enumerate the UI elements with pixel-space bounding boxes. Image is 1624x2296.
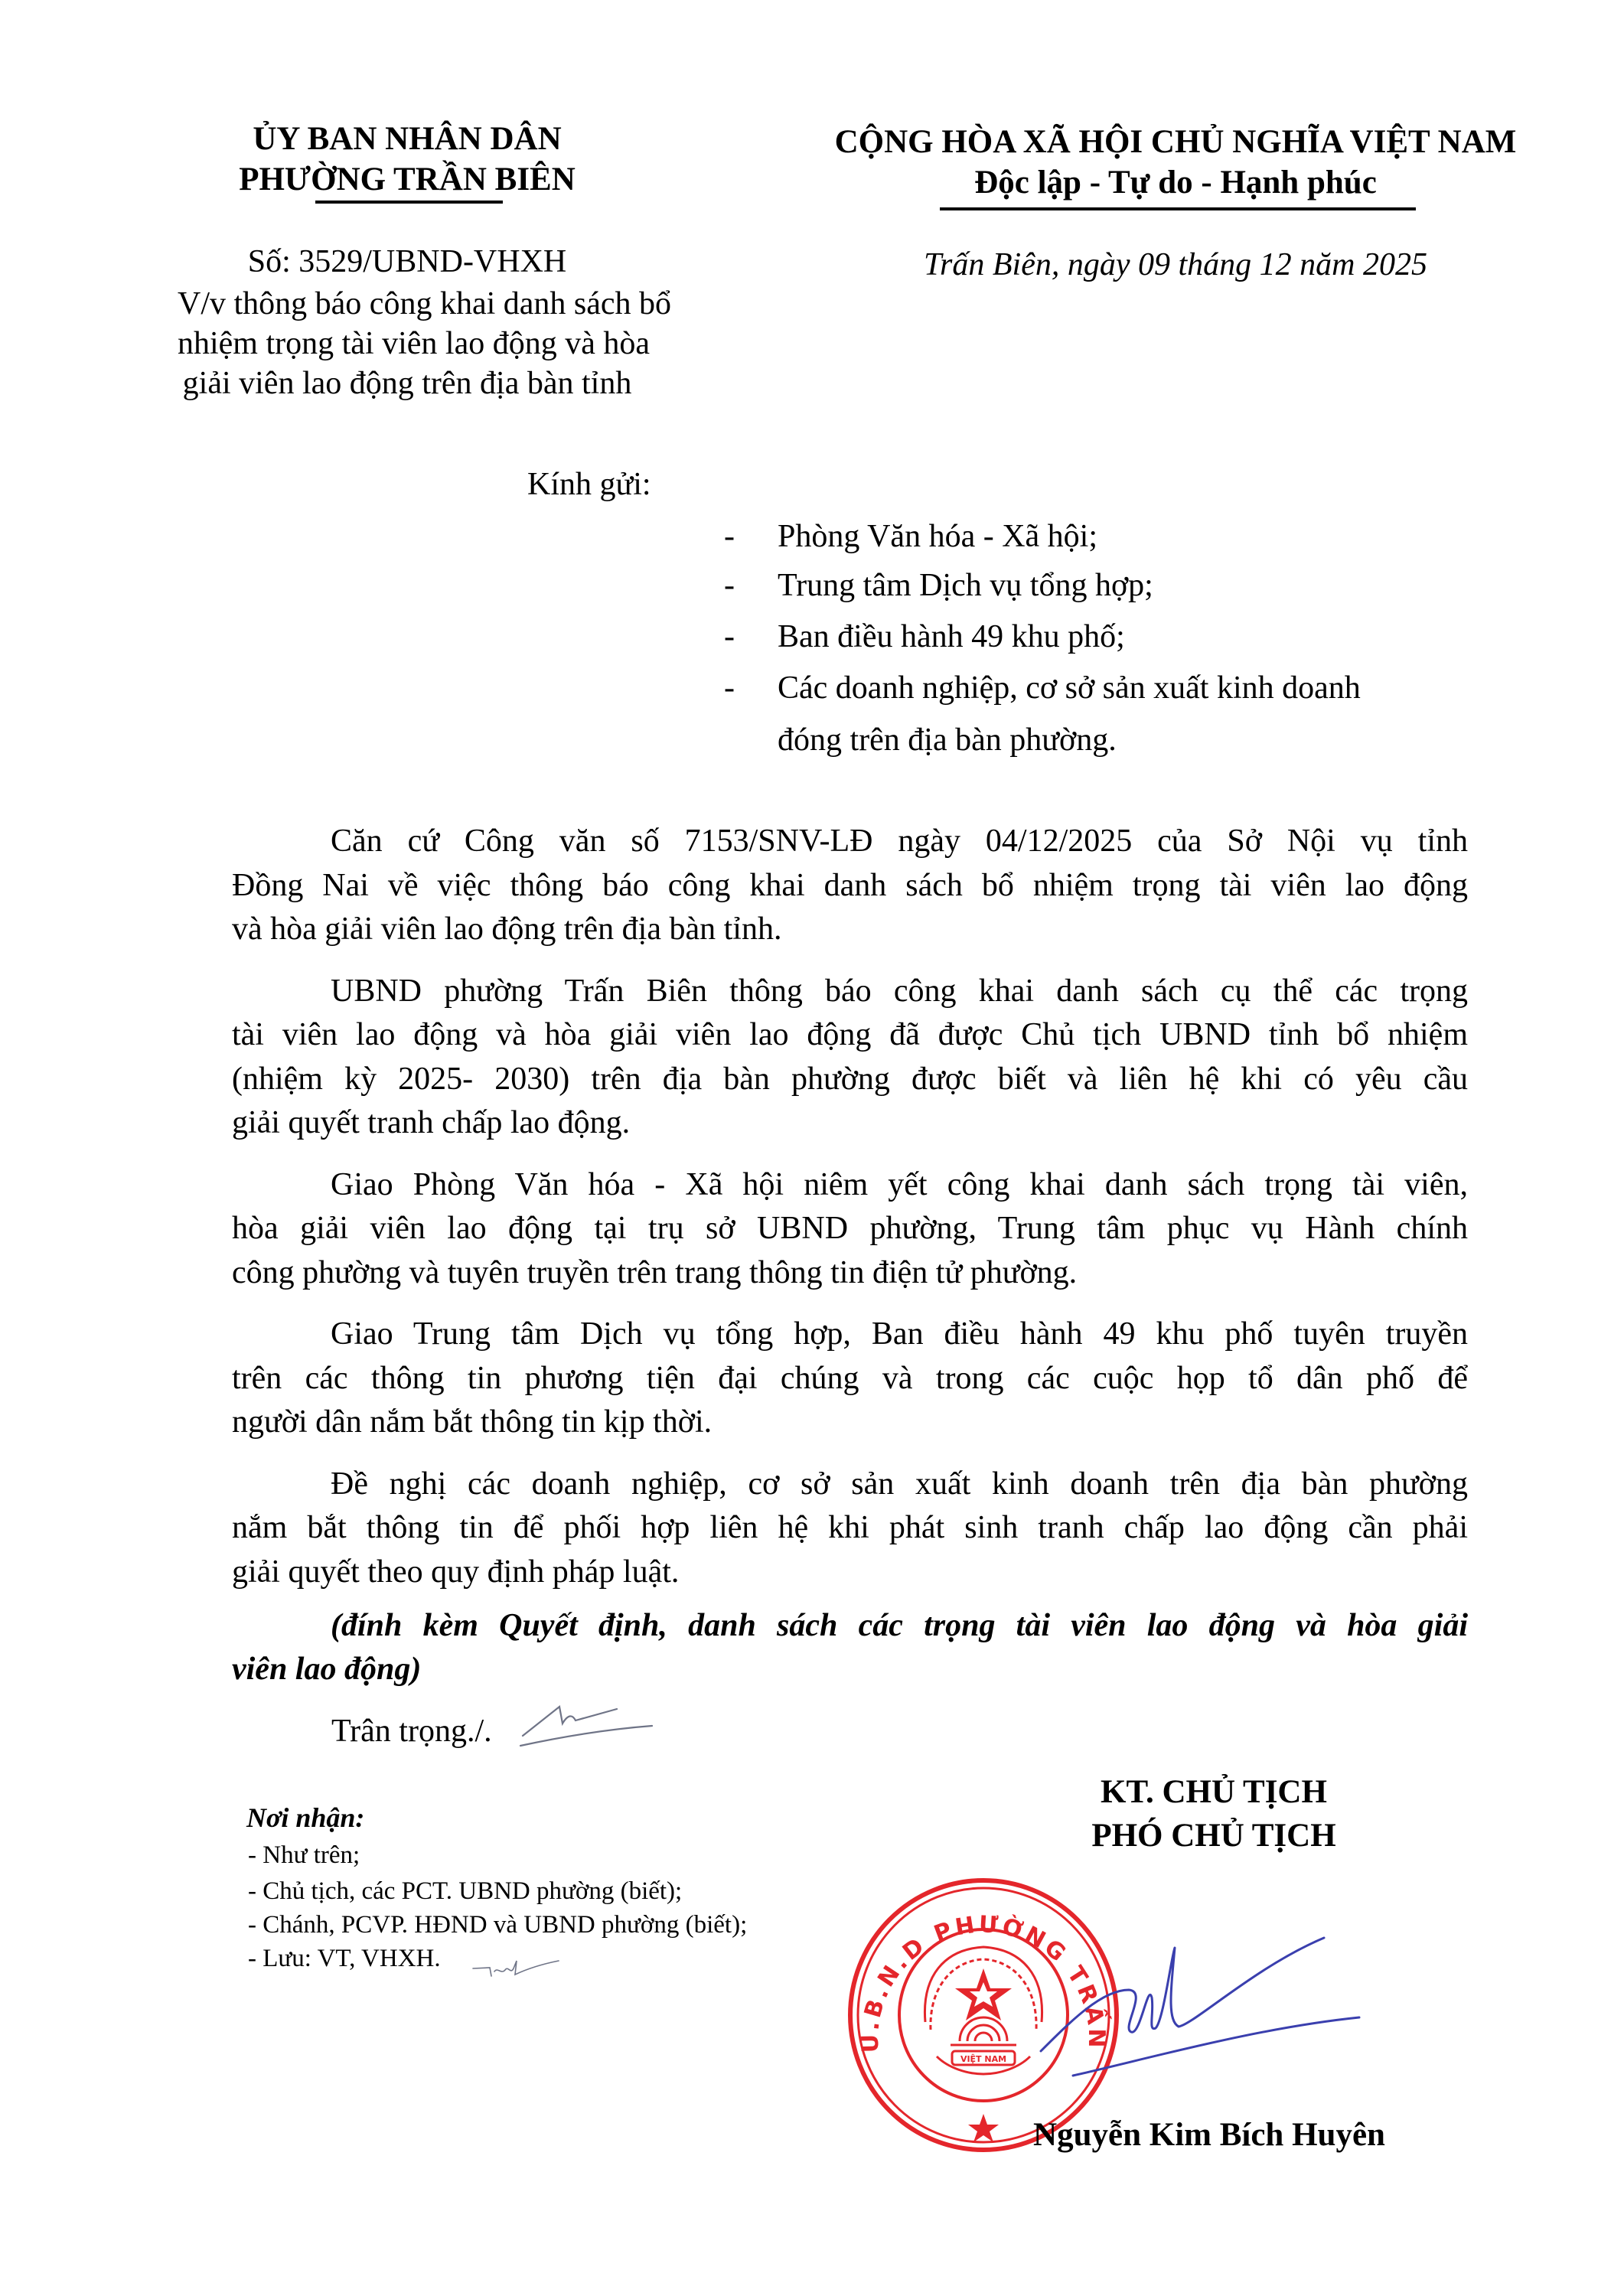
addressee-item: Trung tâm Dịch vụ tổng hợp; <box>778 569 1153 602</box>
body-paragraph-line: Căn cứ Công văn số 7153/SNV-LĐ ngày 04/1… <box>331 825 1468 857</box>
body-paragraph-line: giải quyết theo quy định pháp luật. <box>232 1556 1468 1588</box>
authority-line-2: PHÓ CHỦ TỊCH <box>1022 1819 1405 1852</box>
body-paragraph-line: (nhiệm kỳ 2025- 2030) trên địa bàn phườn… <box>232 1063 1468 1095</box>
recipients-label: Nơi nhận: <box>246 1804 364 1831</box>
body-paragraph-line: hòa giải viên lao động tại trụ sở UBND p… <box>232 1212 1468 1244</box>
addressee-bullet: - <box>724 520 735 553</box>
addressee-item: Phòng Văn hóa - Xã hội; <box>778 520 1097 553</box>
addressee-bullet: - <box>724 621 735 653</box>
issuing-authority-line2: PHƯỜNG TRẦN BIÊN <box>216 163 598 196</box>
recipient-item: - Chánh, PCVP. HĐND và UBND phường (biết… <box>248 1913 747 1938</box>
body-paragraph-line: nắm bắt thông tin để phối hợp liên hệ kh… <box>232 1512 1468 1544</box>
body-paragraph-line: tài viên lao động và hòa giải viên lao đ… <box>232 1019 1468 1051</box>
closing-salutation: Trân trọng./. <box>331 1715 492 1747</box>
subject-line-3: giải viên lao động trên địa bàn tỉnh <box>178 367 637 400</box>
recipient-item: - Chủ tịch, các PCT. UBND phường (biết); <box>248 1879 682 1904</box>
motto-underline <box>940 207 1416 210</box>
body-paragraph-line: Đề nghị các doanh nghiệp, cơ sở sản xuất… <box>331 1468 1468 1500</box>
svg-text:U.B.N.D PHƯỜNG TRẤN BIÊN T. ĐỒ: U.B.N.D PHƯỜNG TRẤN BIÊN T. ĐỒNG NAI <box>833 1851 1114 2065</box>
addressee-item: Các doanh nghiệp, cơ sở sản xuất kinh do… <box>778 672 1361 704</box>
body-paragraph-line: Giao Trung tâm Dịch vụ tổng hợp, Ban điề… <box>331 1318 1468 1350</box>
attachment-note-line-2: viên lao động) <box>232 1653 421 1685</box>
body-paragraph-line: người dân nắm bắt thông tin kịp thời. <box>232 1406 1468 1438</box>
national-motto: Độc lập - Tự do - Hạnh phúc <box>793 166 1558 199</box>
addressee-bullet: - <box>724 569 735 602</box>
subject-line-2: nhiệm trọng tài viên lao động và hòa <box>178 328 637 360</box>
body-paragraph-line: trên các thông tin phương tiện đại chúng… <box>232 1362 1468 1394</box>
authority-line-1: KT. CHỦ TỊCH <box>1022 1776 1405 1808</box>
authority-underline <box>315 201 503 204</box>
issuing-authority-line1: ỦY BAN NHÂN DÂN <box>216 122 598 155</box>
place-and-date: Trấn Biên, ngày 09 tháng 12 năm 2025 <box>854 249 1497 281</box>
attachment-note-line-1: (đính kèm Quyết định, danh sách các trọn… <box>331 1609 1468 1642</box>
recipient-item: - Lưu: VT, VHXH. <box>248 1946 441 1971</box>
body-paragraph-line: công phường và tuyên truyền trên trang t… <box>232 1257 1468 1289</box>
nation-title: CỘNG HÒA XÃ HỘI CHỦ NGHĨA VIỆT NAM <box>793 126 1558 158</box>
body-paragraph-line: Đồng Nai về việc thông báo công khai dan… <box>232 869 1468 902</box>
document-number: Số: 3529/UBND-VHXH <box>216 246 598 278</box>
body-paragraph-line: và hòa giải viên lao động trên địa bàn t… <box>232 913 1468 945</box>
addressee-bullet: - <box>724 672 735 704</box>
addressee-label: Kính gửi: <box>527 468 651 501</box>
addressee-item: Ban điều hành 49 khu phố; <box>778 621 1125 653</box>
body-paragraph-line: Giao Phòng Văn hóa - Xã hội niêm yết côn… <box>331 1169 1468 1201</box>
addressee-item: đóng trên địa bàn phường. <box>778 724 1117 756</box>
seal-emblem-label: VIỆT NAM <box>960 2054 1006 2064</box>
body-paragraph-line: UBND phường Trấn Biên thông báo công kha… <box>331 975 1468 1007</box>
recipient-item: - Như trên; <box>248 1843 360 1868</box>
subject-line-1: V/v thông báo công khai danh sách bổ <box>178 288 637 320</box>
handwritten-signature-icon <box>0 0 1 1</box>
body-paragraph-line: giải quyết tranh chấp lao động. <box>232 1107 1468 1139</box>
signer-name: Nguyễn Kim Bích Huyên <box>980 2118 1439 2151</box>
